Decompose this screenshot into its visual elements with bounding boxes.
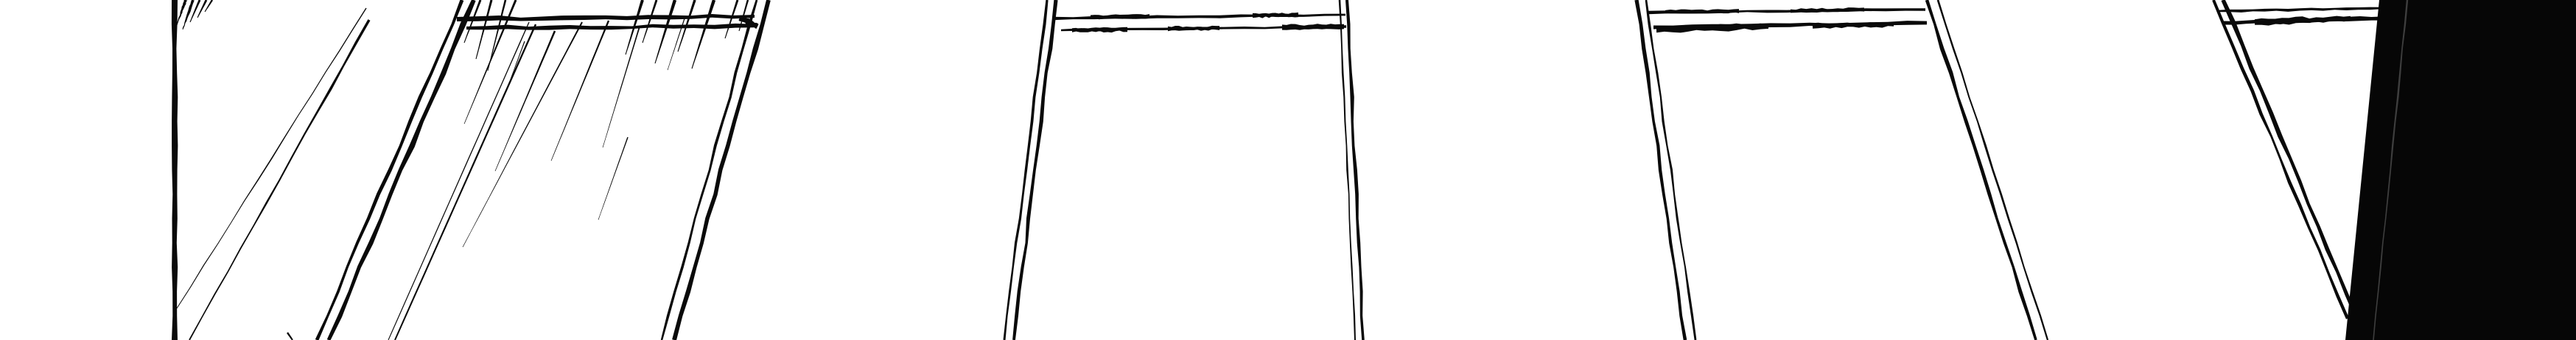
panel-background bbox=[0, 0, 2576, 340]
line-art-svg bbox=[0, 0, 2576, 340]
comic-panel bbox=[0, 0, 2576, 340]
black-wall bbox=[2345, 0, 2576, 340]
